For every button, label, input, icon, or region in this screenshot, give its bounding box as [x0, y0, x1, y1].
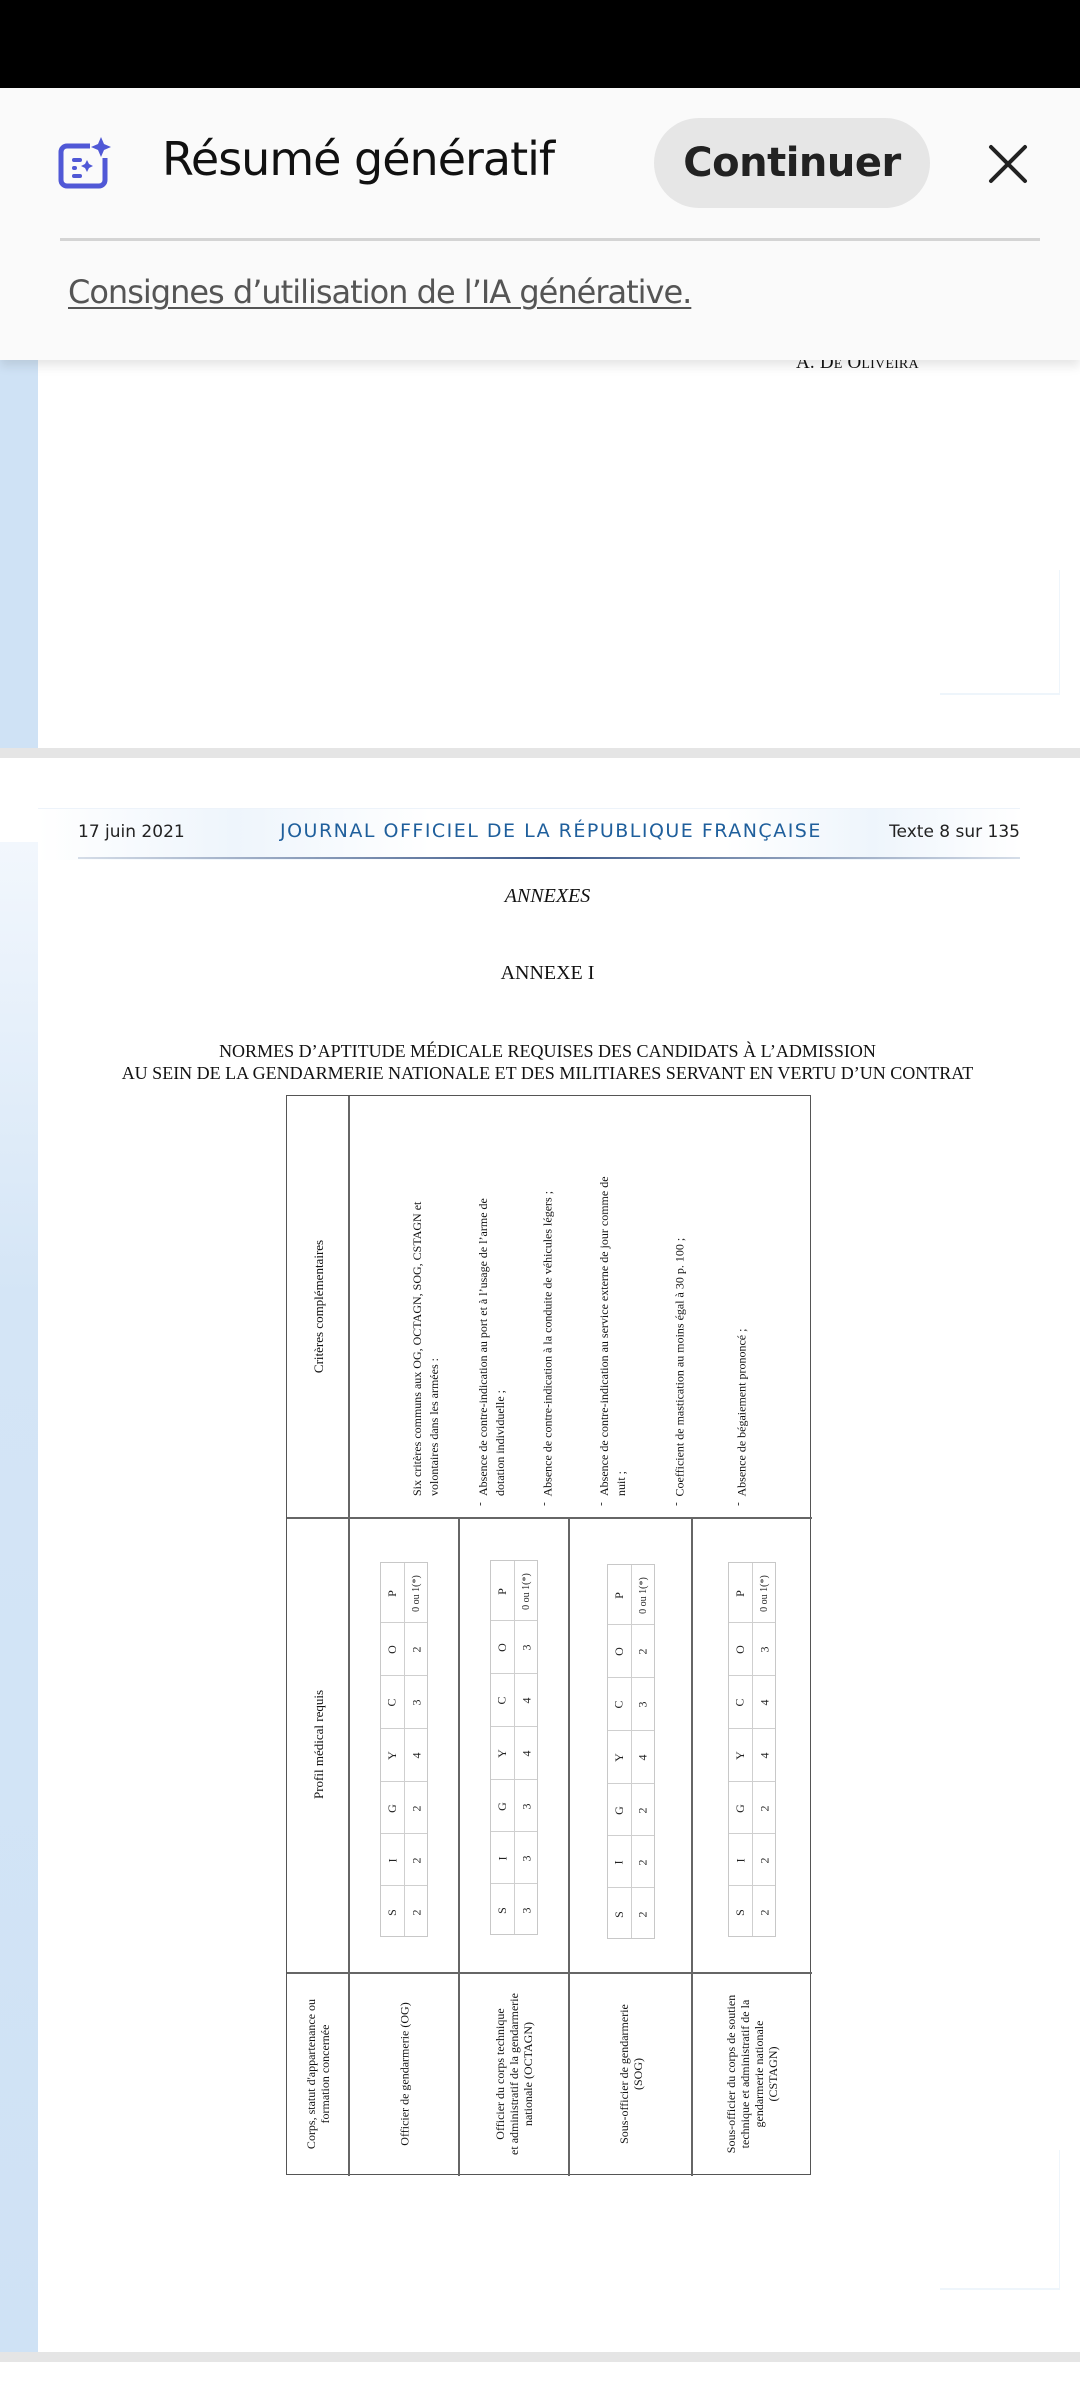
sigycop-value: 2 — [753, 1782, 776, 1834]
page-separator — [0, 2352, 1080, 2362]
criteria-text-line: nuit ; — [613, 1116, 630, 1496]
generative-summary-panel — [0, 88, 1080, 360]
sigycop-letter: C — [491, 1674, 514, 1727]
criteria-text-line: dotation individuelle ; — [492, 1116, 509, 1496]
corps-label-line: gendarmerie nationale — [752, 1995, 766, 2153]
sigycop-value: 2 — [632, 1625, 655, 1678]
page-corner-artifact — [940, 570, 1060, 695]
annexe-i-heading: ANNEXE I — [0, 962, 1080, 985]
sigycop-value: 2 — [405, 1782, 428, 1834]
sigycop-letter: O — [491, 1621, 514, 1674]
ai-guidelines-link[interactable]: Consignes d’utilisation de l’IA générati… — [68, 273, 691, 311]
panel-title: Résumé génératif — [162, 132, 554, 186]
sigycop-letter: P — [491, 1561, 514, 1621]
sigycop-value: 2 — [753, 1886, 776, 1938]
sigycop-value: 4 — [405, 1729, 428, 1782]
sigycop-value: 2 — [405, 1886, 428, 1938]
sigycop-value: 3 — [632, 1678, 655, 1731]
sigycop-letter: I — [381, 1834, 404, 1886]
annexes-heading: ANNEXES — [0, 885, 1080, 908]
corps-label-line: Sous-officier de gendarmerie — [616, 2004, 630, 2144]
corps-label-line: Officier du corps technique — [493, 1993, 507, 2155]
criteria-bullet: - — [732, 1502, 744, 1506]
corps-header-line: Corps, statut d'appartenance ou — [304, 1999, 318, 2149]
table-column-divider — [568, 1517, 570, 2176]
page-separator — [0, 748, 1080, 758]
sigycop-letter: O — [729, 1623, 752, 1676]
sigycop-profile-table: P0 ou 1(*)O2C3Y4G2I2S2 — [380, 1562, 428, 1937]
sigycop-letter: C — [729, 1676, 752, 1729]
sigycop-value: 3 — [515, 1884, 538, 1936]
journal-date: 17 juin 2021 — [78, 822, 185, 842]
corps-label-line: nationale (OCTAGN) — [521, 1993, 535, 2155]
criteria-text-line: Absence de contre-indication à la condui… — [540, 1116, 557, 1496]
sigycop-value: 4 — [632, 1731, 655, 1784]
criteria-item: Absence de bégaiement prononcé ; — [734, 1116, 751, 1496]
sigycop-profile-table: P0 ou 1(*)O3C4Y4G2I2S2 — [728, 1562, 776, 1937]
sigycop-value: 0 ou 1(*) — [405, 1563, 428, 1623]
sigycop-value: 3 — [753, 1623, 776, 1676]
journal-texte-number: Texte 8 sur 135 — [889, 822, 1020, 842]
sigycop-value: 3 — [515, 1832, 538, 1884]
sigycop-letter: P — [381, 1563, 404, 1623]
sigycop-value: 2 — [753, 1834, 776, 1886]
criteria-text-line: Coefficient de mastication au moins égal… — [672, 1116, 689, 1496]
corps-label-line: Officier de gendarmerie (OG) — [397, 2002, 411, 2145]
sigycop-value: 0 ou 1(*) — [753, 1563, 776, 1623]
table-column-divider — [458, 1517, 460, 2176]
sigycop-value: 2 — [632, 1784, 655, 1836]
normes-title: NORMES D’APTITUDE MÉDICALE REQUISES DES … — [0, 1040, 1080, 1084]
corps-label-line: Sous-officier du corps de soutien — [724, 1995, 738, 2153]
sigycop-letter: S — [491, 1884, 514, 1936]
panel-divider — [60, 238, 1040, 241]
close-button[interactable] — [978, 134, 1038, 194]
sigycop-letter: C — [381, 1676, 404, 1729]
sigycop-letter: Y — [608, 1731, 631, 1784]
continue-button[interactable]: Continuer — [654, 118, 930, 208]
sigycop-letter: G — [491, 1780, 514, 1832]
sigycop-letter: O — [608, 1625, 631, 1678]
corps-header-line: formation concernée — [318, 1999, 332, 2149]
sigycop-value: 3 — [515, 1621, 538, 1674]
sigycop-letter: S — [381, 1886, 404, 1938]
sigycop-letter: G — [729, 1782, 752, 1834]
sigycop-value: 3 — [405, 1676, 428, 1729]
criteria-item: Coefficient de mastication au moins égal… — [672, 1116, 689, 1496]
corps-label-line: (CSTAGN) — [766, 1995, 780, 2153]
sigycop-letter: Y — [491, 1727, 514, 1780]
profile-header: Profil médical requis — [311, 1689, 326, 1798]
sigycop-letter: P — [608, 1565, 631, 1625]
close-icon — [988, 144, 1028, 184]
corps-label-line: (SOG) — [630, 2004, 644, 2144]
criteria-bullet: - — [670, 1502, 682, 1506]
criteria-header-line: Critères complémentaires — [311, 1239, 326, 1372]
sigycop-profile-table: P0 ou 1(*)O3C4Y4G3I3S3 — [490, 1560, 538, 1935]
corps-label: Sous-officier du corps de soutientechniq… — [724, 1995, 780, 2153]
table-column-divider — [691, 1517, 693, 2176]
status-bar — [0, 0, 1080, 88]
journal-title: JOURNAL OFFICIEL DE LA RÉPUBLIQUE FRANÇA… — [280, 820, 822, 842]
criteria-bullet: - — [595, 1502, 607, 1506]
sigycop-letter: O — [381, 1623, 404, 1676]
sigycop-value: 0 ou 1(*) — [515, 1561, 538, 1621]
table-row-divider — [287, 1972, 812, 1974]
sigycop-letter: I — [729, 1834, 752, 1886]
sigycop-value: 2 — [405, 1623, 428, 1676]
sigycop-value: 2 — [632, 1888, 655, 1940]
table-column-divider — [348, 1096, 350, 2176]
sigycop-letter: C — [608, 1678, 631, 1731]
criteria-text-line: Absence de bégaiement prononcé ; — [734, 1116, 751, 1496]
sigycop-letter: Y — [729, 1729, 752, 1782]
criteria-item: Absence de contre-indication à la condui… — [540, 1116, 557, 1496]
page-corner-artifact — [940, 2150, 1060, 2290]
sigycop-value: 4 — [753, 1676, 776, 1729]
normes-title-line-1: NORMES D’APTITUDE MÉDICALE REQUISES DES … — [0, 1040, 1080, 1062]
criteria-text-line: Six critères communs aux OG, OCTAGN, SOG… — [409, 1116, 426, 1496]
criteria-text-line: Absence de contre-indication au service … — [596, 1116, 613, 1496]
sigycop-letter: S — [729, 1886, 752, 1938]
sigycop-value: 2 — [632, 1836, 655, 1888]
profile-header-line: Profil médical requis — [311, 1689, 326, 1798]
sigycop-letter: Y — [381, 1729, 404, 1782]
page-1-left-strip — [0, 360, 38, 750]
criteria-item: Absence de contre-indication au service … — [596, 1116, 630, 1496]
corps-header: Corps, statut d'appartenance ouformation… — [304, 1999, 332, 2149]
normes-title-line-2: AU SEIN DE LA GENDARMERIE NATIONALE ET D… — [0, 1062, 1080, 1084]
sigycop-letter: S — [608, 1888, 631, 1940]
corps-label-line: technique et administratif de la — [738, 1995, 752, 2153]
corps-label: Officier de gendarmerie (OG) — [397, 2002, 411, 2145]
generative-summary-icon — [58, 134, 114, 190]
sigycop-letter: G — [381, 1782, 404, 1834]
sigycop-value: 2 — [405, 1834, 428, 1886]
sigycop-letter: I — [491, 1832, 514, 1884]
sigycop-value: 4 — [753, 1729, 776, 1782]
sigycop-letter: P — [729, 1563, 752, 1623]
table-row-divider — [287, 1517, 812, 1519]
criteria-item: Absence de contre-indication au port et … — [475, 1116, 509, 1496]
medical-standards-table: Critères complémentairesProfil médical r… — [286, 1095, 811, 2175]
criteria-bullet: - — [538, 1502, 550, 1506]
sigycop-value: 0 ou 1(*) — [632, 1565, 655, 1625]
corps-label: Sous-officier de gendarmerie(SOG) — [616, 2004, 644, 2144]
journal-header-rule — [78, 857, 1020, 859]
criteria-text-line: Absence de contre-indication au port et … — [475, 1116, 492, 1496]
sigycop-value: 4 — [515, 1727, 538, 1780]
corps-label-line: et administratif de la gendarmerie — [507, 1993, 521, 2155]
criteria-header: Critères complémentaires — [311, 1239, 326, 1372]
criteria-bullet: - — [474, 1502, 486, 1506]
sigycop-value: 4 — [515, 1674, 538, 1727]
sigycop-value: 3 — [515, 1780, 538, 1832]
corps-label: Officier du corps techniqueet administra… — [493, 1993, 535, 2155]
criteria-text-line: volontaires dans les armées : — [426, 1116, 443, 1496]
sigycop-letter: I — [608, 1836, 631, 1888]
criteria-intro: Six critères communs aux OG, OCTAGN, SOG… — [409, 1116, 443, 1496]
sigycop-profile-table: P0 ou 1(*)O2C3Y4G2I2S2 — [607, 1564, 655, 1939]
sigycop-letter: G — [608, 1784, 631, 1836]
